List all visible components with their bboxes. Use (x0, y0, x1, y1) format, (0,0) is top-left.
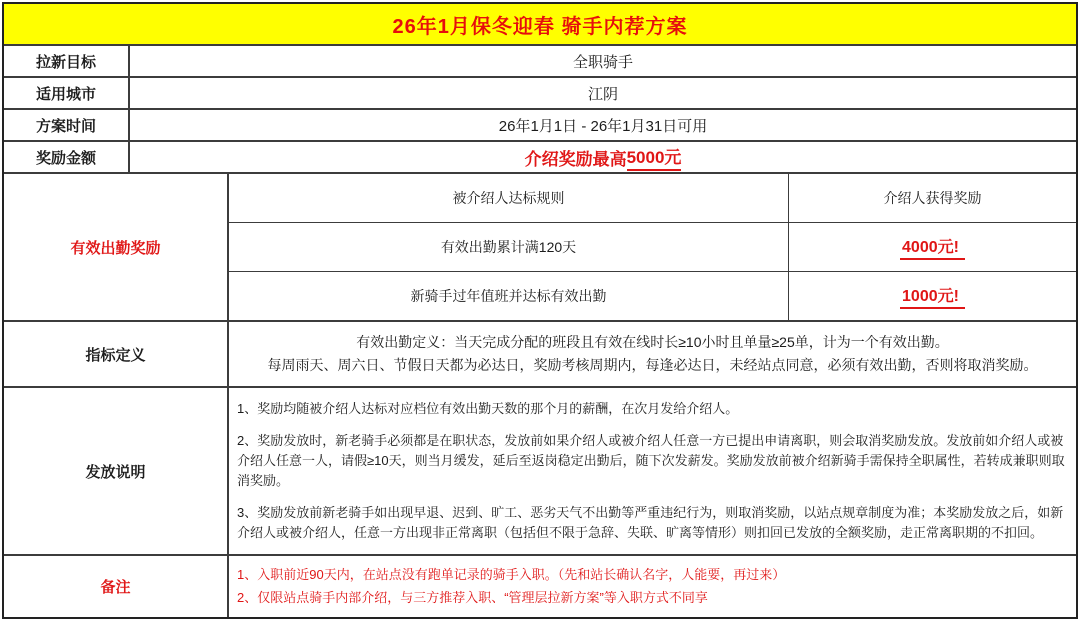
payout-label: 发放说明 (4, 388, 229, 554)
info-label: 适用城市 (4, 78, 130, 108)
info-row-target: 拉新目标 全职骑手 (4, 46, 1076, 78)
info-row-city: 适用城市 江阴 (4, 78, 1076, 110)
notes-row: 备注 1、入职前近90天内，在站点没有跑单记录的骑手入职。（先和站长确认名字，人… (4, 556, 1076, 617)
info-label: 拉新目标 (4, 46, 130, 76)
info-value: 全职骑手 (130, 46, 1076, 76)
reward-value: 4000元! (900, 234, 965, 260)
payout-paragraph: 1、奖励均随被介绍人达标对应档位有效出勤天数的那个月的薪酬，在次月发给介绍人。 (237, 399, 1066, 419)
attendance-row-2: 新骑手过年值班并达标有效出勤 1000元! (229, 272, 1076, 320)
info-label: 奖励金额 (4, 142, 130, 172)
attendance-row-1: 有效出勤累计满120天 4000元! (229, 223, 1076, 272)
reward-value: 1000元! (900, 283, 965, 309)
metric-definition-line: 每周雨天、周六日、节假日天都为必达日，奖励考核周期内，每逢必达日，未经站点同意，… (268, 354, 1038, 377)
title-banner: 26年1月保冬迎春 骑手内荐方案 (4, 4, 1076, 46)
attendance-reward-header: 介绍人获得奖励 (789, 174, 1076, 222)
page-title: 26年1月保冬迎春 骑手内荐方案 (393, 10, 688, 39)
info-row-reward-amount: 奖励金额 介绍奖励最高5000元 (4, 142, 1076, 174)
metric-definition-line: 有效出勤定义：当天完成分配的班段且有效在线时长≥10小时且单量≥25单，计为一个… (356, 331, 949, 354)
metric-definition-label: 指标定义 (4, 322, 229, 386)
attendance-reward: 1000元! (789, 272, 1076, 320)
reward-amount-number: 5000元 (627, 143, 682, 171)
attendance-rule: 有效出勤累计满120天 (229, 223, 789, 271)
document-page: 26年1月保冬迎春 骑手内荐方案 拉新目标 全职骑手 适用城市 江阴 方案时间 … (0, 0, 1080, 621)
attendance-rule-header: 被介绍人达标规则 (229, 174, 789, 222)
metric-definition-row: 指标定义 有效出勤定义：当天完成分配的班段且有效在线时长≥10小时且单量≥25单… (4, 322, 1076, 388)
info-value: 江阴 (130, 78, 1076, 108)
attendance-rule: 新骑手过年值班并达标有效出勤 (229, 272, 789, 320)
payout-paragraph: 3、奖励发放前新老骑手如出现早退、迟到、旷工、恶劣天气不出勤等严重违纪行为，则取… (237, 503, 1066, 543)
note-line: 2、仅限站点骑手内部介绍，与三方推荐入职、“管理层拉新方案”等入职方式不同享 (237, 587, 1066, 610)
payout-paragraph: 2、奖励发放时，新老骑手必须都是在职状态，发放前如果介绍人或被介绍人任意一方已提… (237, 431, 1066, 491)
note-line: 1、入职前近90天内，在站点没有跑单记录的骑手入职。（先和站长确认名字，人能要，… (237, 564, 1066, 587)
notes-content: 1、入职前近90天内，在站点没有跑单记录的骑手入职。（先和站长确认名字，人能要，… (229, 556, 1076, 617)
reward-amount-value: 介绍奖励最高5000元 (130, 142, 1076, 172)
attendance-reward-section: 有效出勤奖励 被介绍人达标规则 介绍人获得奖励 有效出勤累计满120天 4000… (4, 174, 1076, 322)
payout-content: 1、奖励均随被介绍人达标对应档位有效出勤天数的那个月的薪酬，在次月发给介绍人。 … (229, 388, 1076, 554)
payout-explanation-row: 发放说明 1、奖励均随被介绍人达标对应档位有效出勤天数的那个月的薪酬，在次月发给… (4, 388, 1076, 556)
info-row-period: 方案时间 26年1月1日 - 26年1月31日可用 (4, 110, 1076, 142)
info-label: 方案时间 (4, 110, 130, 140)
attendance-header-row: 被介绍人达标规则 介绍人获得奖励 (229, 174, 1076, 223)
info-value: 26年1月1日 - 26年1月31日可用 (130, 110, 1076, 140)
plan-table: 26年1月保冬迎春 骑手内荐方案 拉新目标 全职骑手 适用城市 江阴 方案时间 … (2, 2, 1078, 619)
attendance-reward: 4000元! (789, 223, 1076, 271)
metric-definition-content: 有效出勤定义：当天完成分配的班段且有效在线时长≥10小时且单量≥25单，计为一个… (229, 322, 1076, 386)
attendance-grid: 被介绍人达标规则 介绍人获得奖励 有效出勤累计满120天 4000元! 新骑手过… (229, 174, 1076, 320)
attendance-section-label: 有效出勤奖励 (4, 174, 229, 320)
notes-label: 备注 (4, 556, 229, 617)
reward-amount-prefix: 介绍奖励最高 (525, 145, 627, 170)
